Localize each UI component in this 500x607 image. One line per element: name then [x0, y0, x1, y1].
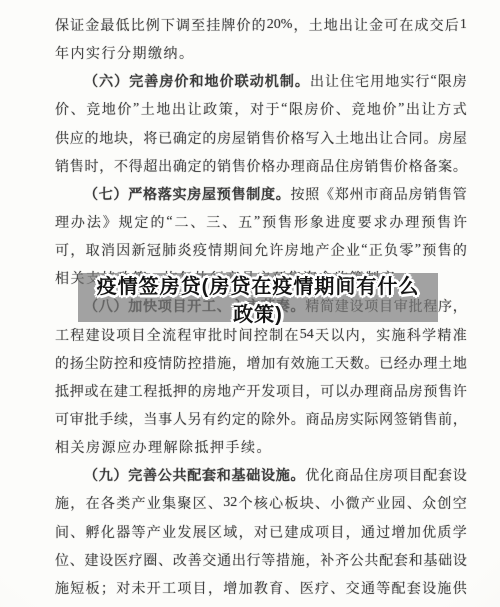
- text-line: 施短板；对未开工项目，增加教育、医疗、交通等配套设施供: [55, 574, 467, 602]
- text-line: 可，取消因新冠肺炎疫情期间允许房地产企业“正负零”预售的: [55, 236, 467, 264]
- text-line: 理办法》规定的“二、三、五”预售形象进度要求办理预售许: [55, 208, 467, 236]
- text-line: 位、建设医疗圈、改善交通出行等措施，补齐公共配套和基础设: [55, 546, 467, 574]
- text-line: 供应的地块，将已确定的房屋销售价格写入土地出让合同。房屋: [55, 124, 467, 152]
- text-line: 相关房源应办理解除抵押手续。: [55, 433, 467, 461]
- text-line: 保证金最低比例下调至挂牌价的20%，土地出让金可在成交后1: [55, 11, 467, 39]
- text-line: （六）完善房价和地价联动机制。出让住宅用地实行“限房: [55, 67, 467, 95]
- text-line: 间、孵化器等产业发展区域，对已建成项目，通过增加优质学: [55, 518, 467, 546]
- overlay-title-line1: 疫情签房贷(房贷在疫情期间有什么: [97, 273, 420, 301]
- text-line: 的扬尘防控和疫情防控措施，增加有效施工天数。已经办理土地: [55, 349, 467, 377]
- title-overlay: 疫情签房贷(房贷在疫情期间有什么 政策): [78, 273, 438, 322]
- overlay-title-line2: 政策): [233, 301, 283, 329]
- text-line: （九）完善公共配套和基础设施。优化商品住房项目配套设: [55, 461, 467, 489]
- text-line: （七）严格落实房屋预售制度。按照《郑州市商品房销售管: [55, 180, 467, 208]
- text-line: 销售时，不得超出确定的销售价格办理商品住房销售价格备案。: [55, 152, 467, 180]
- text-line: 价、竞地价”土地出让政策，对于“限房价、竞地价”出让方式: [55, 95, 467, 123]
- text-line: 年内实行分期缴纳。: [55, 39, 467, 67]
- text-line: 可审批手续，当事人另有约定的除外。商品房实际网签销售前，: [55, 405, 467, 433]
- text-line: 施，在各类产业集聚区、32个核心板块、小微产业园、众创空: [55, 489, 467, 517]
- text-line: 抵押或在建工程抵押的房地产开发项目，可以办理商品房预售许: [55, 377, 467, 405]
- document-page: 保证金最低比例下调至挂牌价的20%，土地出让金可在成交后1年内实行分期缴纳。（六…: [0, 0, 500, 607]
